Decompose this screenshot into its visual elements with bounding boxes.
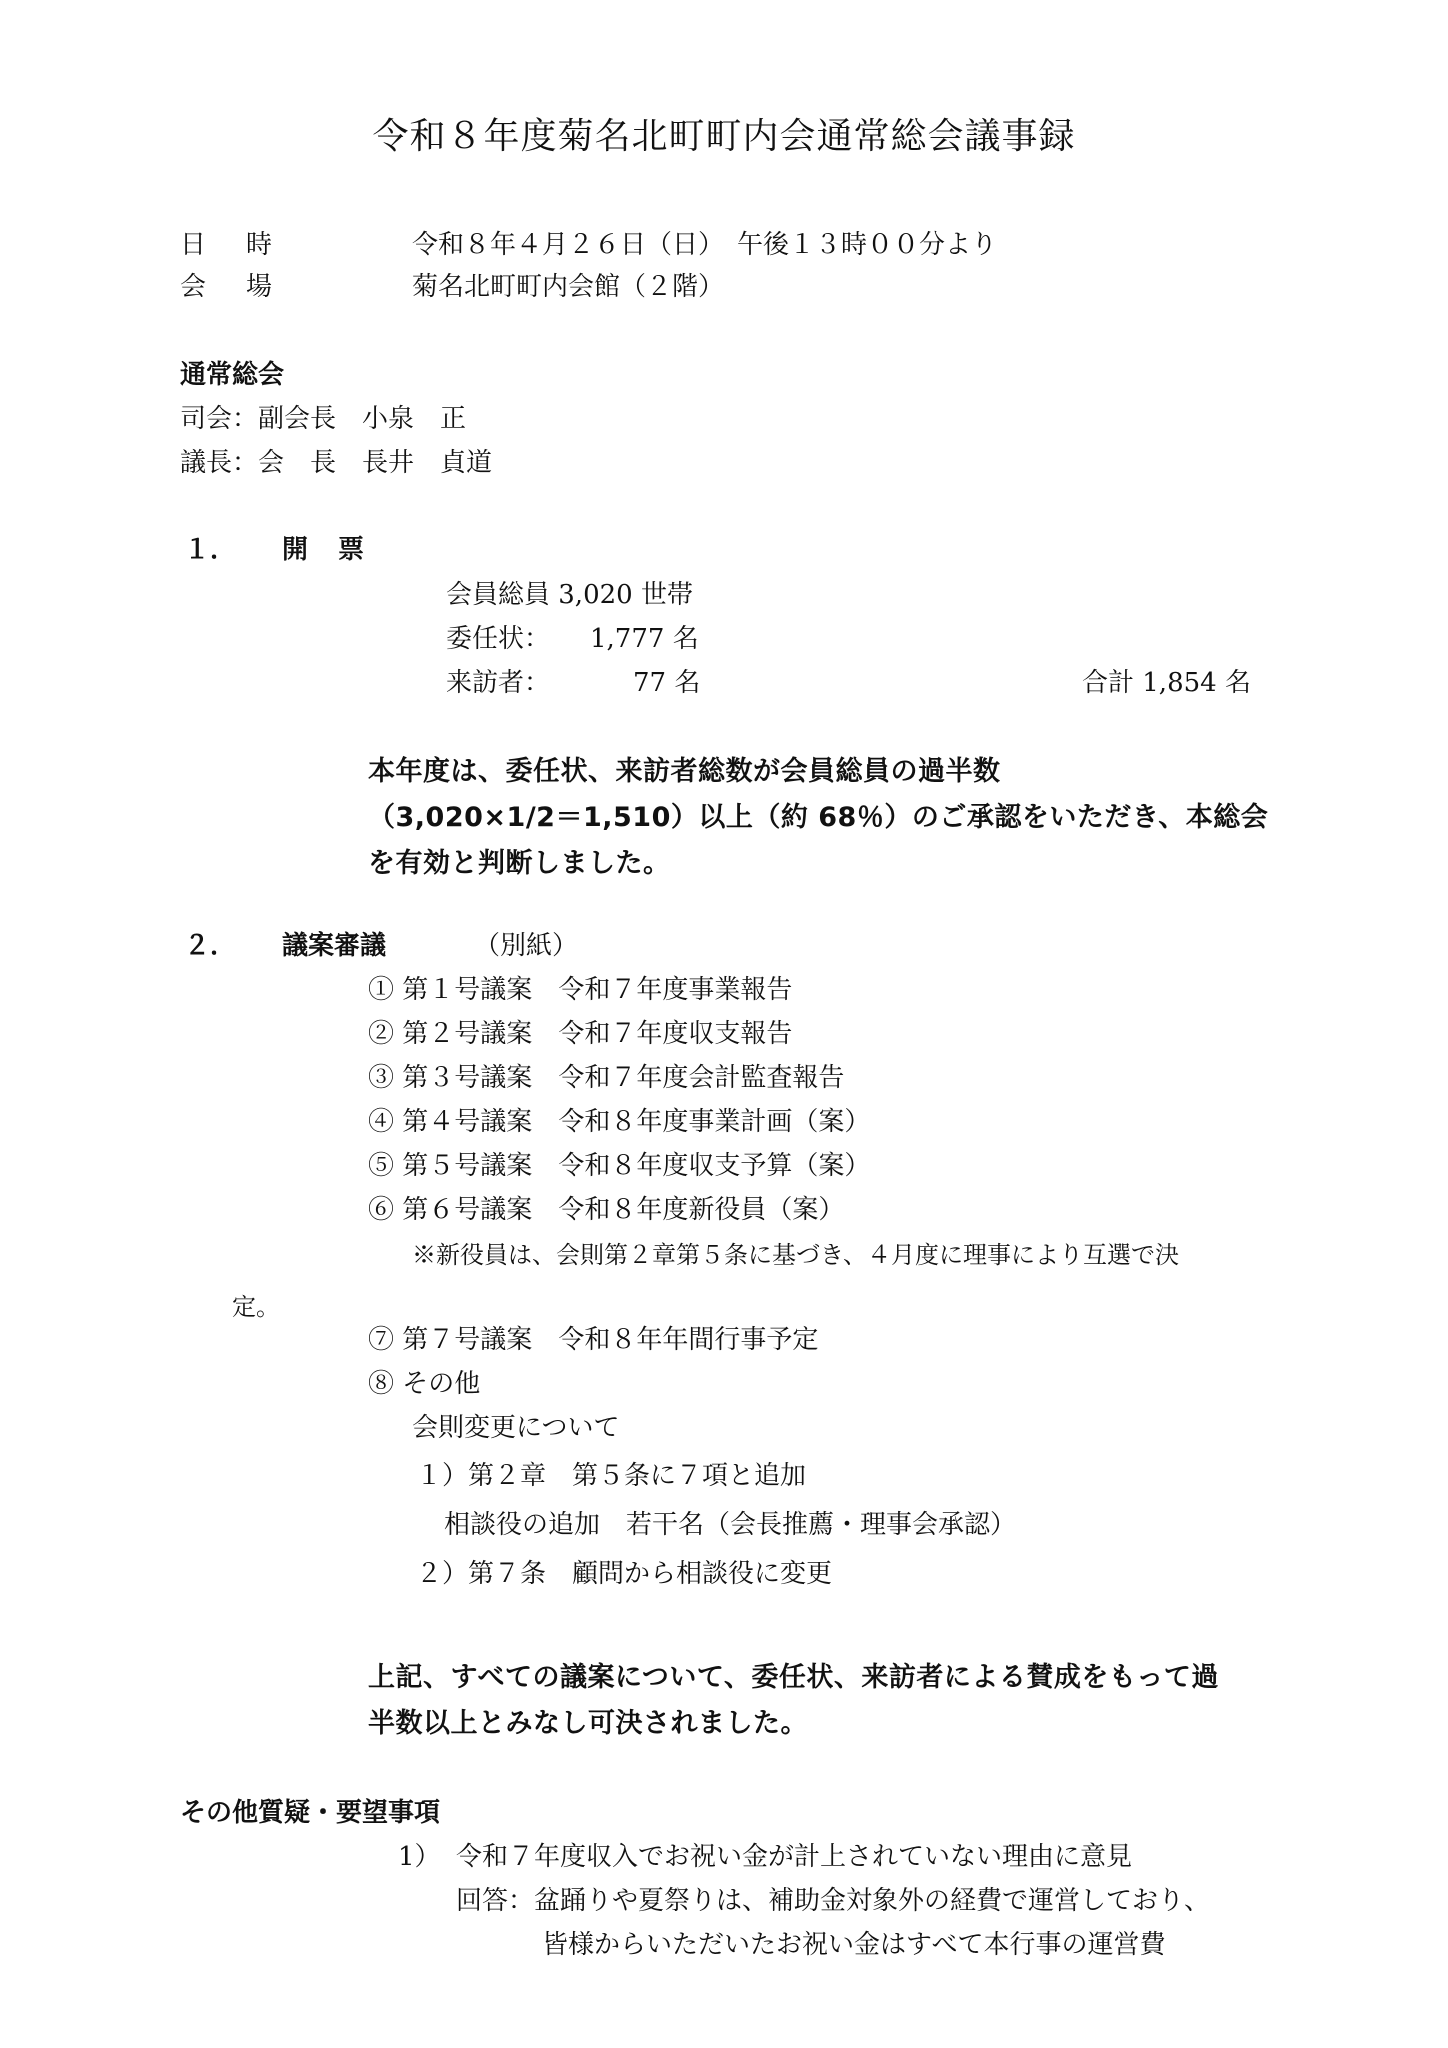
section2-heading: 議案審議	[282, 929, 386, 963]
agenda-label: その他	[402, 1369, 480, 1399]
mc-line: 司会：副会長 小泉 正	[180, 402, 466, 436]
agenda-mark: ⑤	[368, 1151, 394, 1181]
rules-change-1: １）第２章 第５条に７項と追加	[416, 1459, 806, 1493]
venue-label: 会場	[180, 270, 272, 304]
general-meeting-heading: 通常総会	[180, 358, 284, 392]
venue-label-2: 場	[246, 272, 272, 302]
agenda-text: 令和８年度新役員（案）	[558, 1195, 844, 1225]
agenda-mark: ③	[368, 1063, 394, 1093]
agenda-mark: ⑧	[368, 1369, 394, 1399]
agenda-item-5: ⑤ 第５号議案 令和８年度収支予算（案）	[368, 1149, 870, 1183]
agenda-text: 令和８年度事業計画（案）	[558, 1107, 870, 1137]
agenda-item-6: ⑥ 第６号議案 令和８年度新役員（案）	[368, 1193, 844, 1227]
agenda-label: 第３号議案	[402, 1063, 532, 1093]
rules-change-1-detail: 相談役の追加 若干名（会長推薦・理事会承認）	[444, 1508, 1016, 1542]
section2-number: ２．	[184, 929, 236, 963]
datetime-label-1: 日	[180, 230, 206, 260]
agenda-label: 第６号議案	[402, 1195, 532, 1225]
agenda-mark: ⑥	[368, 1195, 394, 1225]
visitors-value: 77 名	[633, 666, 700, 700]
agenda-item-8: ⑧ その他	[368, 1367, 480, 1401]
section1-heading: 開 票	[282, 533, 366, 567]
agenda-mark: ①	[368, 975, 394, 1005]
datetime-label: 日時	[180, 228, 272, 262]
section1-number: １．	[184, 533, 236, 567]
agenda-mark: ④	[368, 1107, 394, 1137]
agenda-text: 令和７年度会計監査報告	[558, 1063, 844, 1093]
datetime-value: 令和８年４月２６日（日） 午後１３時００分より	[412, 228, 997, 262]
agenda-label: 第１号議案	[402, 975, 532, 1005]
qa-item-question: 令和７年度収入でお祝い金が計上されていない理由に意見	[456, 1840, 1132, 1874]
qa-item-number: 1）	[398, 1840, 441, 1874]
document-title: 令和８年度菊名北町町内会通常総会議事録	[0, 108, 1448, 159]
agenda-text: 令和７年度事業報告	[558, 975, 792, 1005]
visitors-label: 来訪者：	[446, 666, 550, 700]
members-total: 会員総員 3,020 世帯	[446, 578, 693, 612]
section2-note: （別紙）	[474, 929, 578, 963]
proxy-label: 委任状：	[446, 622, 550, 656]
datetime-label-2: 時	[246, 230, 272, 260]
agenda-item-7: ⑦ 第７号議案 令和８年年間行事予定	[368, 1323, 818, 1357]
qa-item-answer-line-1: 回答：盆踊りや夏祭りは、補助金対象外の経費で運営しており、	[456, 1884, 1210, 1918]
qa-heading: その他質疑・要望事項	[180, 1796, 440, 1830]
agenda-item-6-note-line-1: ※新役員は、会則第２章第５条に基づき、４月度に理事により互選で決	[412, 1238, 1179, 1272]
validity-statement-line-1: 本年度は、委任状、来訪者総数が会員総員の過半数	[368, 748, 1001, 796]
proxy-value: 1,777 名	[590, 622, 699, 656]
rules-change-2: ２）第７条 顧問から相談役に変更	[416, 1557, 832, 1591]
agenda-text: 令和８年度収支予算（案）	[558, 1151, 870, 1181]
attendance-total: 合計 1,854 名	[1082, 666, 1251, 700]
agenda-mark: ②	[368, 1019, 394, 1049]
agenda-mark: ⑦	[368, 1325, 394, 1355]
validity-statement-line-3: を有効と判断しました。	[368, 840, 671, 888]
agenda-label: 第４号議案	[402, 1107, 532, 1137]
agenda-item-1: ① 第１号議案 令和７年度事業報告	[368, 973, 792, 1007]
conclusion-line-1: 上記、すべての議案について、委任状、来訪者による賛成をもって過	[368, 1654, 1219, 1702]
agenda-label: 第７号議案	[402, 1325, 532, 1355]
agenda-label: 第５号議案	[402, 1151, 532, 1181]
agenda-item-3: ③ 第３号議案 令和７年度会計監査報告	[368, 1061, 844, 1095]
agenda-label: 第２号議案	[402, 1019, 532, 1049]
chair-line: 議長：会 長 長井 貞道	[180, 446, 492, 480]
validity-statement-line-2: （3,020×1/2＝1,510）以上（約 68％）のご承認をいただき、本総会	[368, 794, 1268, 842]
conclusion-line-2: 半数以上とみなし可決されました。	[368, 1700, 808, 1748]
agenda-item-4: ④ 第４号議案 令和８年度事業計画（案）	[368, 1105, 870, 1139]
venue-label-1: 会	[180, 272, 206, 302]
qa-item-answer-line-2: 皆様からいただいたお祝い金はすべて本行事の運営費	[542, 1928, 1165, 1962]
agenda-item-2: ② 第２号議案 令和７年度収支報告	[368, 1017, 792, 1051]
agenda-text: 令和８年年間行事予定	[558, 1325, 818, 1355]
agenda-item-6-note-line-2: 定。	[232, 1290, 280, 1324]
rules-change-heading: 会則変更について	[412, 1411, 619, 1445]
venue-value: 菊名北町町内会館（２階）	[412, 270, 724, 304]
agenda-text: 令和７年度収支報告	[558, 1019, 792, 1049]
